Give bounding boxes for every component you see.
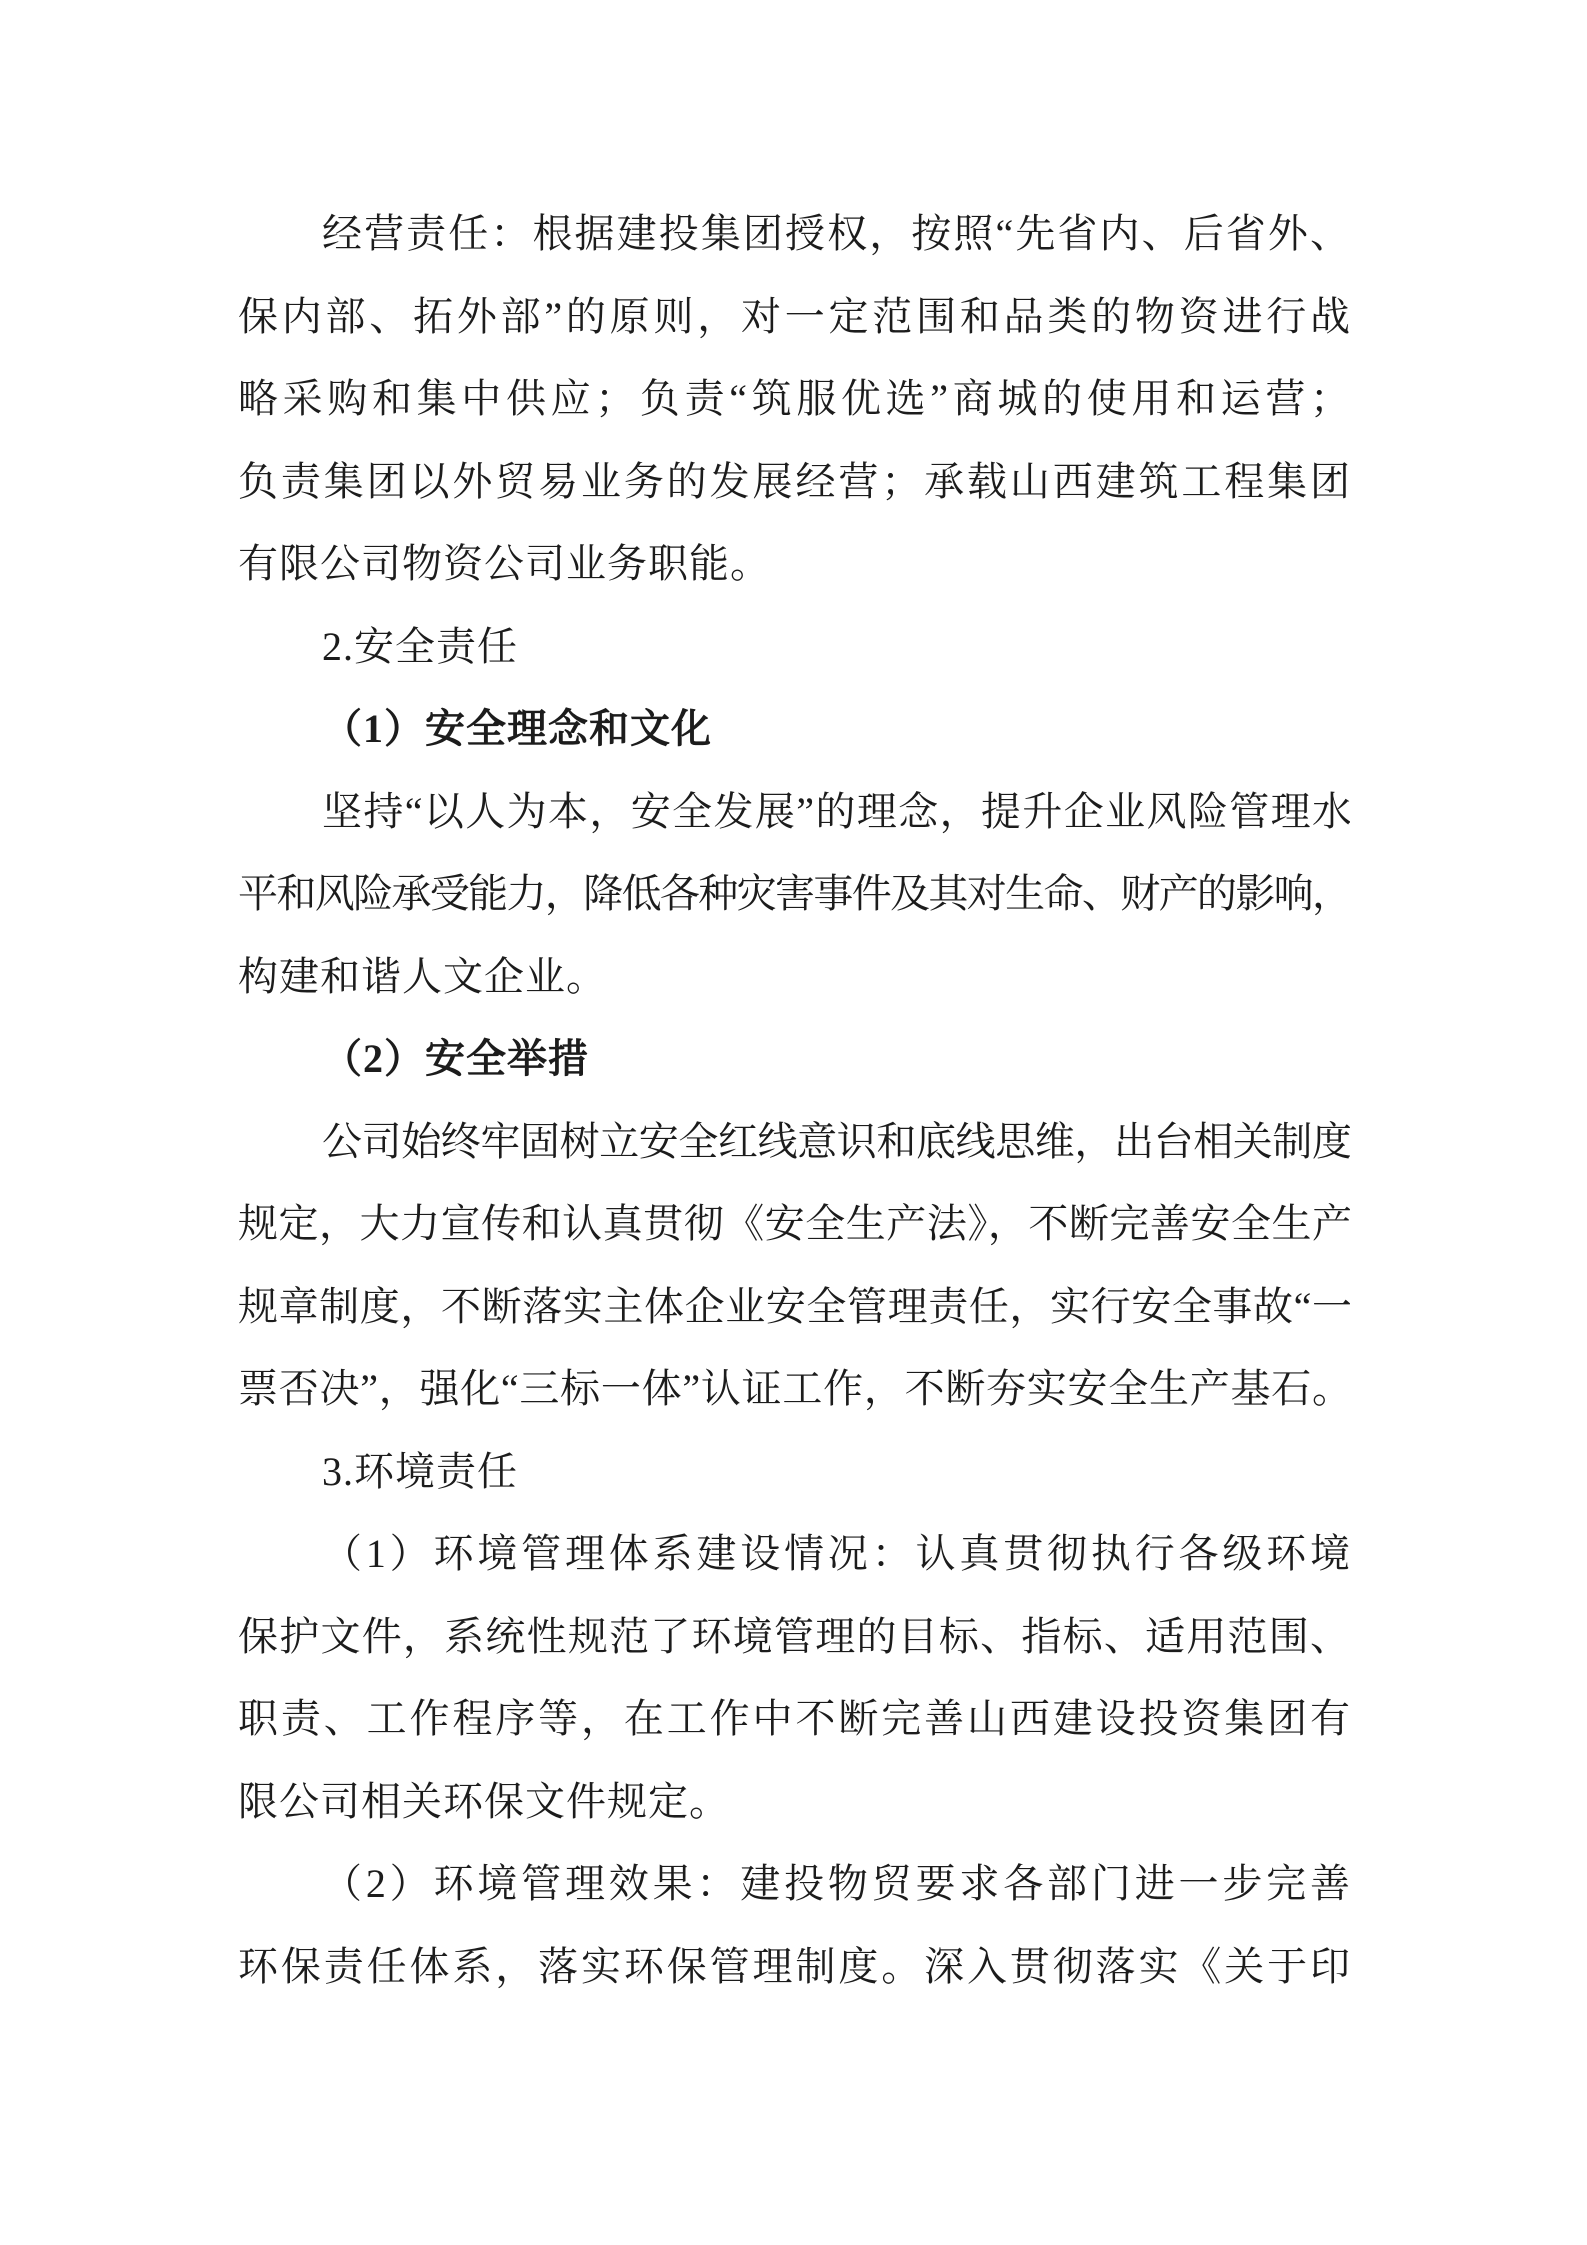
text-line: 票否决”，强化“三标一体”认证工作，不断夯实安全生产基石。 xyxy=(238,1348,1350,1431)
text-line: 有限公司物资公司业务职能。 xyxy=(238,523,1350,606)
text-line: 保护文件，系统性规范了环境管理的目标、指标、适用范围、 xyxy=(238,1596,1350,1679)
text-line: 环保责任体系，落实环保管理制度。深入贯彻落实《关于印 xyxy=(238,1926,1350,2009)
text-line: 3.环境责任 xyxy=(238,1431,1350,1514)
text-line: （1）环境管理体系建设情况：认真贯彻执行各级环境 xyxy=(238,1513,1350,1596)
text-line: （1）安全理念和文化 xyxy=(238,688,1350,771)
text-line: 略采购和集中供应；负责“筑服优选”商城的使用和运营； xyxy=(238,358,1350,441)
text-line: （2）安全举措 xyxy=(238,1018,1350,1101)
text-line: 规章制度，不断落实主体企业安全管理责任，实行安全事故“一 xyxy=(238,1266,1350,1349)
text-line: 负责集团以外贸易业务的发展经营；承载山西建筑工程集团 xyxy=(238,441,1350,524)
text-line: （2）环境管理效果：建投物贸要求各部门进一步完善 xyxy=(238,1843,1350,1926)
text-line: 限公司相关环保文件规定。 xyxy=(238,1761,1350,1844)
document-page: 经营责任：根据建投集团授权，按照“先省内、后省外、保内部、拓外部”的原则，对一定… xyxy=(0,0,1587,2245)
text-line: 公司始终牢固树立安全红线意识和底线思维，出台相关制度 xyxy=(238,1101,1350,1184)
text-line: 职责、工作程序等，在工作中不断完善山西建设投资集团有 xyxy=(238,1678,1350,1761)
text-line: 构建和谐人文企业。 xyxy=(238,936,1350,1019)
text-line: 坚持“以人为本，安全发展”的理念，提升企业风险管理水 xyxy=(238,771,1350,854)
text-line: 平和风险承受能力，降低各种灾害事件及其对生命、财产的影响， xyxy=(238,853,1350,936)
document-body: 经营责任：根据建投集团授权，按照“先省内、后省外、保内部、拓外部”的原则，对一定… xyxy=(238,193,1350,2008)
text-line: 2.安全责任 xyxy=(238,606,1350,689)
text-line: 经营责任：根据建投集团授权，按照“先省内、后省外、 xyxy=(238,193,1350,276)
text-line: 规定，大力宣传和认真贯彻《安全生产法》，不断完善安全生产 xyxy=(238,1183,1350,1266)
text-line: 保内部、拓外部”的原则，对一定范围和品类的物资进行战 xyxy=(238,276,1350,359)
